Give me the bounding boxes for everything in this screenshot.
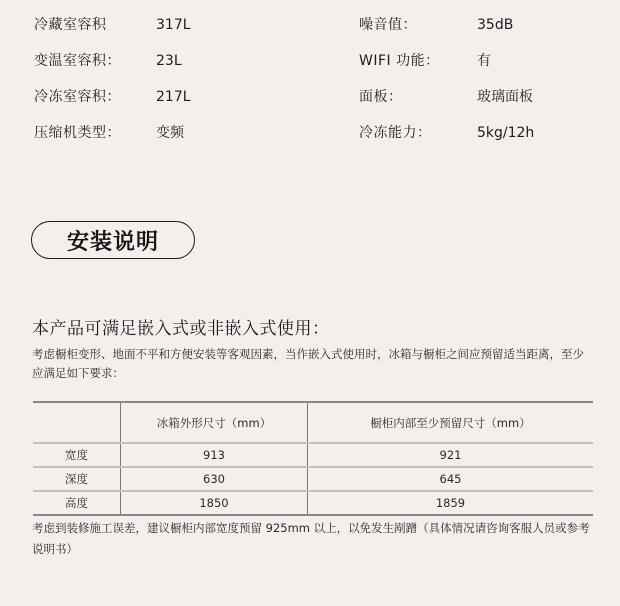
- table-header-empty: [33, 402, 121, 443]
- fridge-value: 913: [121, 443, 308, 467]
- row-label: 深度: [33, 467, 121, 491]
- spec-label: 变温室容积：: [34, 50, 121, 72]
- fridge-value: 1850: [121, 491, 308, 515]
- section-title-pill: 安装说明: [31, 221, 195, 259]
- spec-value: 217L: [156, 86, 191, 108]
- table-row: 高度 1850 1859: [33, 491, 593, 515]
- spec-value: 23L: [156, 50, 182, 72]
- cabinet-value: 921: [308, 443, 594, 467]
- spec-value: 5kg/12h: [477, 122, 534, 144]
- intro-text: 考虑橱柜变形、地面不平和方便安装等客观因素，当作嵌入式使用时，冰箱与橱柜之间应预…: [32, 345, 592, 383]
- table-row: 宽度 913 921: [33, 443, 593, 467]
- row-label: 高度: [33, 491, 121, 515]
- section-title: 安装说明: [67, 225, 159, 256]
- intro-heading: 本产品可满足嵌入式或非嵌入式使用：: [32, 314, 330, 339]
- spec-label: 冷藏室容积: [34, 14, 107, 36]
- spec-label: 压缩机类型：: [34, 122, 121, 144]
- table-header-cabinet-size: 橱柜内部至少预留尺寸（mm）: [308, 402, 594, 443]
- footnote: 考虑到装修施工误差，建议橱柜内部宽度预留 925mm 以上，以免发生剐蹭（具体情…: [32, 518, 597, 560]
- table-header-fridge-size: 冰箱外形尺寸（mm）: [121, 402, 308, 443]
- spec-value: 35dB: [477, 14, 513, 36]
- table-header-row: 冰箱外形尺寸（mm） 橱柜内部至少预留尺寸（mm）: [33, 402, 593, 443]
- dimensions-table: 冰箱外形尺寸（mm） 橱柜内部至少预留尺寸（mm） 宽度 913 921 深度 …: [33, 401, 593, 516]
- fridge-value: 630: [121, 467, 308, 491]
- spec-label: WIFI 功能：: [359, 50, 440, 72]
- row-label: 宽度: [33, 443, 121, 467]
- table-row: 深度 630 645: [33, 467, 593, 491]
- spec-value: 变频: [156, 122, 184, 144]
- cabinet-value: 1859: [308, 491, 594, 515]
- spec-label: 噪音值：: [359, 14, 417, 36]
- spec-value: 317L: [156, 14, 191, 36]
- spec-label: 面板：: [359, 86, 403, 108]
- spec-label: 冷冻能力：: [359, 122, 432, 144]
- spec-value: 有: [477, 50, 491, 72]
- spec-label: 冷冻室容积：: [34, 86, 121, 108]
- spec-value: 玻璃面板: [477, 86, 533, 108]
- cabinet-value: 645: [308, 467, 594, 491]
